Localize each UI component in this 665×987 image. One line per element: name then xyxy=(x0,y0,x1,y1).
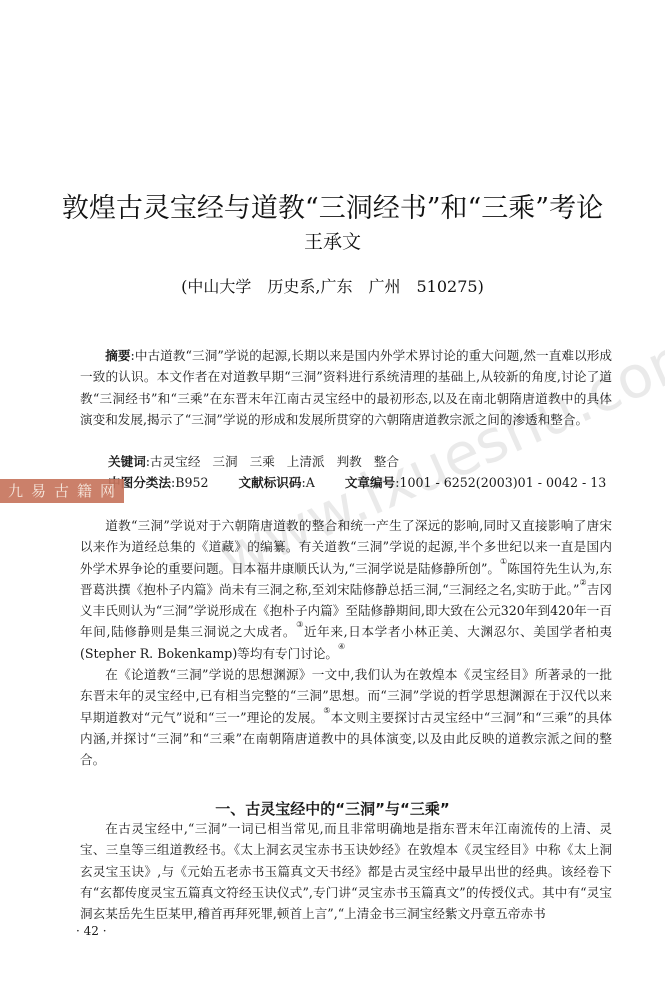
doc-code-label: 文献标识码 xyxy=(239,475,302,490)
abstract: 摘要:中古道教“三洞”学说的起源,长期以来是国内外学术界讨论的重大问题,然一直难… xyxy=(80,345,612,430)
keyword: 判教 xyxy=(337,454,362,469)
classification-row: 中图分类法:B952文献标识码:A文章编号:1001 - 6252(2003)0… xyxy=(108,472,606,491)
site-stamp: 九易古籍网 xyxy=(0,479,124,503)
keywords-row: 关键词:古灵宝经三洞三乘上清派判教整合 xyxy=(108,451,399,470)
keywords-label: 关键词 xyxy=(108,454,146,469)
body-paragraph-1: 道教“三洞”学说对于六朝隋唐道教的整合和统一产生了深远的影响,同时又直接影响了唐… xyxy=(80,515,612,664)
body-paragraph-3: 在古灵宝经中,“三洞”一词已相当常见,而且非常明确地是指东晋末年江南流传的上清、… xyxy=(80,818,612,924)
section-heading: 一、古灵宝经中的“三洞”与“三乘” xyxy=(0,798,665,819)
abstract-text: :中古道教“三洞”学说的起源,长期以来是国内外学术界讨论的重大问题,然一直难以形… xyxy=(80,348,612,427)
article-author: 王承文 xyxy=(0,227,665,254)
author-affiliation: (中山大学 历史系,广东 广州 510275) xyxy=(0,274,665,297)
keyword: 三乘 xyxy=(250,454,275,469)
article-number-value: :1001 - 6252(2003)01 - 0042 - 13 xyxy=(395,475,606,490)
keyword: 上清派 xyxy=(287,454,325,469)
keyword: 整合 xyxy=(374,454,399,469)
doc-code-value: :A xyxy=(301,475,314,490)
keyword: 三洞 xyxy=(212,454,237,469)
keyword: 古灵宝经 xyxy=(150,454,200,469)
footnote-ref[interactable]: ⑤ xyxy=(323,706,330,715)
article-title: 敦煌古灵宝经与道教“三洞经书”和“三乘”考论 xyxy=(0,186,665,225)
page-number: · 42 · xyxy=(76,924,107,938)
article-number-label: 文章编号 xyxy=(345,475,395,490)
abstract-label: 摘要 xyxy=(105,348,130,363)
footnote-ref[interactable]: ② xyxy=(579,578,586,587)
body-paragraph-2: 在《论道教“三洞”学说的思想渊源》一文中,我们认为在敦煌本《灵宝经目》所著录的一… xyxy=(80,664,612,770)
footnote-ref[interactable]: ③ xyxy=(296,620,304,629)
footnote-ref[interactable]: ④ xyxy=(338,642,345,651)
clc-value: :B952 xyxy=(171,475,209,490)
